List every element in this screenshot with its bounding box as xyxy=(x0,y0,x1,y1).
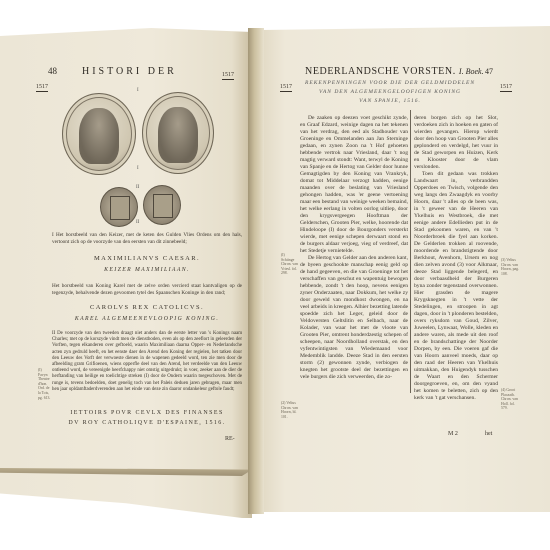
margin-note: (4) Groot Placaatb. Chron. van Holl. fol… xyxy=(501,388,521,411)
caption-paragraph: I Het borstbeeld van den Keizer, met de … xyxy=(52,232,242,245)
medal-legend-translation: KAREL ALGEMEENEVLOOPIG KONING. xyxy=(52,316,242,322)
column-divider xyxy=(410,110,411,393)
medal-legend-title: CAROLVS REX CATOLICVS. xyxy=(52,304,242,311)
left-page xyxy=(0,28,252,518)
figure-label: II xyxy=(136,220,139,225)
running-head-title: NEDERLANDSCHE VORSTEN. xyxy=(305,66,456,77)
chapter-subtitle: REKENPENNINGEN VOOR DIE DER GELDMIDDELEN… xyxy=(290,79,490,106)
left-page-number: 48 xyxy=(48,66,57,76)
caption-paragraph: Het borstbeeld van Koning Karel met de z… xyxy=(52,283,242,296)
coin-obverse-engraving xyxy=(100,187,138,227)
medal-maximilian-engraving xyxy=(62,93,136,175)
running-head-book: I. Boek. xyxy=(459,67,484,76)
caption-paragraph: II De voorzyde van den tweeden draagt ni… xyxy=(52,331,242,393)
open-book: 48 HISTORI DER 1517 1517 I I II II I Het… xyxy=(0,0,550,550)
catchword: het xyxy=(485,431,492,437)
medal-legend-translation: KEIZER MAXIMILIAAN. xyxy=(52,267,242,273)
medal-legend-title: MAXIMILIANVS CAESAR. xyxy=(52,255,242,262)
figure-label: II xyxy=(136,185,139,190)
right-running-head: NEDERLANDSCHE VORSTEN. I. Boek. xyxy=(305,66,484,77)
figure-label: I xyxy=(137,166,139,171)
right-year-marker-right: 1517 xyxy=(500,84,512,92)
section-title: IETTOIRS POVR CEVLX DES FINANSES xyxy=(52,410,242,416)
medal-carolus-engraving xyxy=(142,92,214,174)
catchword: RE- xyxy=(225,436,235,442)
figure-label: I xyxy=(137,88,139,93)
margin-note: (I) Favyn Theatre d'hon. Ord. de la Tois… xyxy=(38,368,52,400)
paragraph: deren borgen zich op het Slot, verdoeken… xyxy=(414,115,498,171)
text-column-1: De zaaken op deezen voet geschikt zynde,… xyxy=(300,115,408,398)
margin-note: (2) Velius Chron. van Hoorn, bl. 101. xyxy=(281,401,298,419)
coin-reverse-engraving xyxy=(143,185,181,225)
left-year-marker-right: 1517 xyxy=(222,72,234,80)
section-title: DV ROY CATHOLIQVE D'ESPAINE, 1516. xyxy=(52,420,242,426)
subtitle-line: VAN SPANJE, 1516. xyxy=(290,97,490,106)
margin-note: (I) Schiinge Chron. van Vriesl. fol. 298… xyxy=(281,253,298,276)
paragraph: De Hertog van Gelder aan den anderen kan… xyxy=(300,255,408,381)
subtitle-line: REKENPENNINGEN VOOR DIE DER GELDMIDDELEN xyxy=(290,79,490,88)
subtitle-line: VAN DEN ALGEMEENGELOOFIGEN KONING xyxy=(290,88,490,97)
margin-note: (3) Velius Chron. van Hoorn, pag. 108. xyxy=(501,258,521,276)
book-gutter xyxy=(248,28,264,514)
text-column-2: deren borgen zich op het Slot, verdoeken… xyxy=(414,115,498,401)
right-page-number: 47 xyxy=(485,67,493,76)
signature-mark: M 2 xyxy=(448,431,458,437)
left-year-marker: 1517 xyxy=(36,84,48,92)
paragraph: De zaaken op deezen voet geschikt zynde,… xyxy=(300,115,408,255)
left-running-head: HISTORI DER xyxy=(82,66,177,77)
paragraph: Toen dit gedaan was trokken Landwaart in… xyxy=(414,171,498,401)
